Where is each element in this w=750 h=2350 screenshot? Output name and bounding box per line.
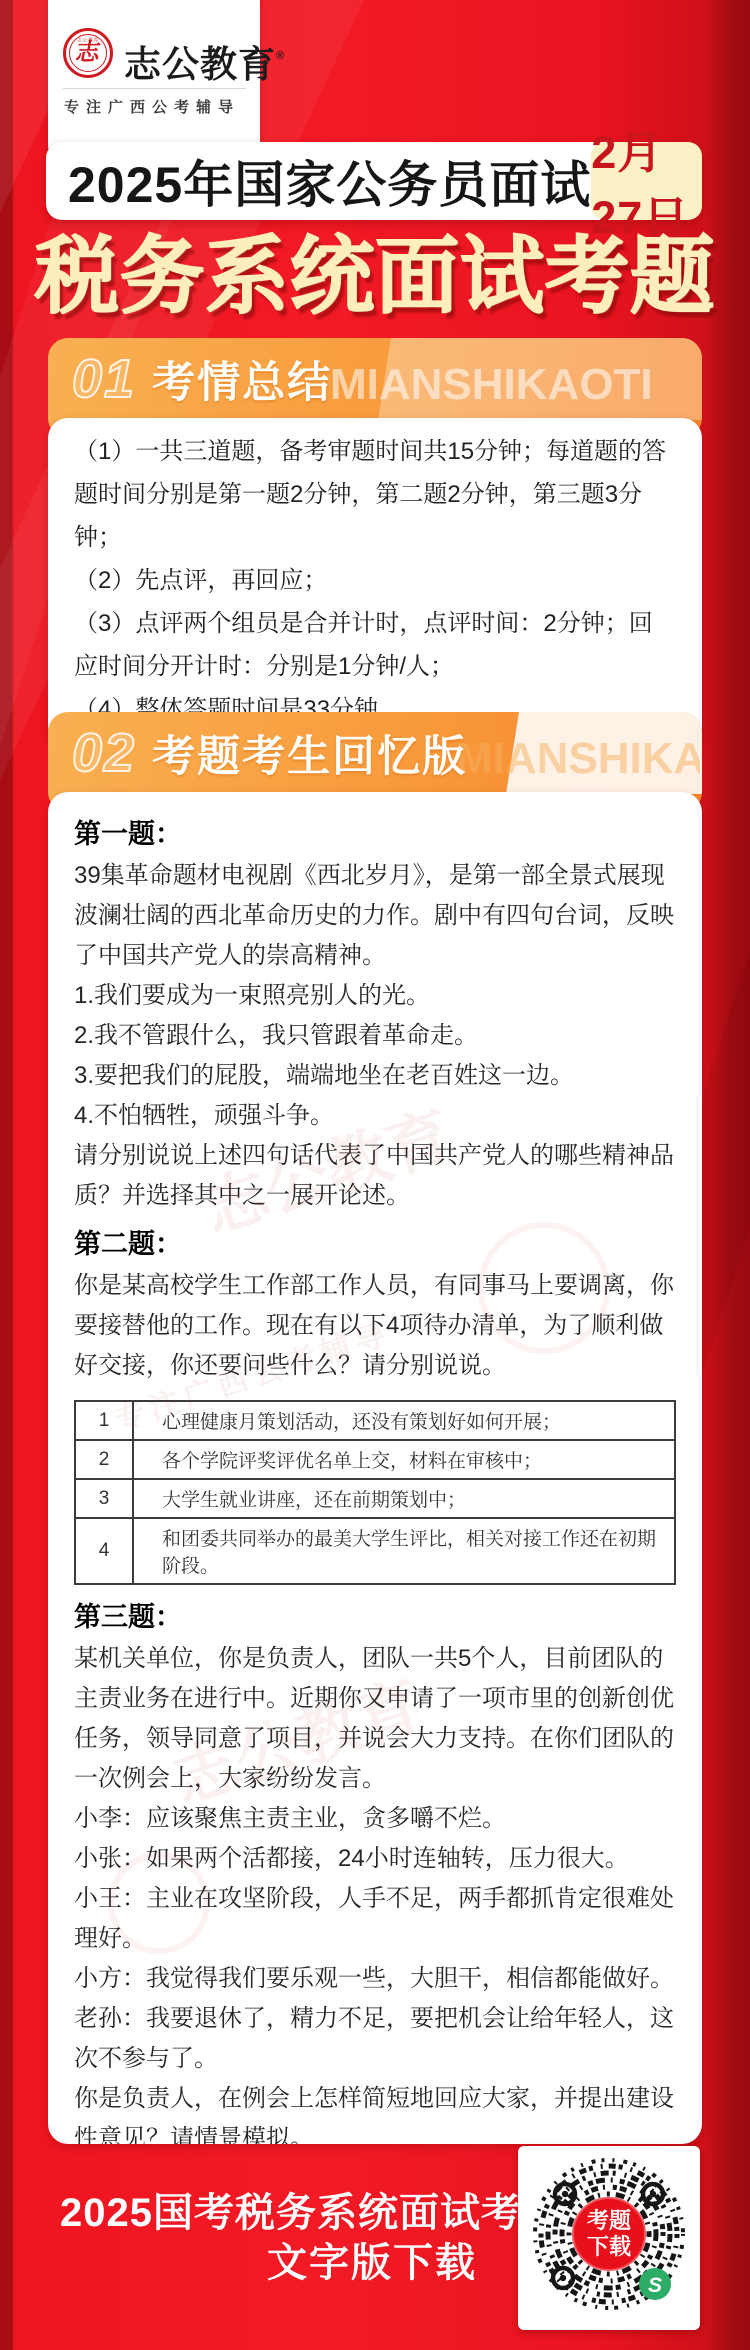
footer-caption-line1: 2025国考税务系统面试考题 bbox=[60, 2188, 477, 2238]
svg-text:S: S bbox=[648, 2274, 662, 2297]
section-2-header-row: 02 考题考生回忆版 bbox=[48, 712, 702, 794]
row-number: 3 bbox=[75, 1479, 133, 1518]
question-1-intro: 39集革命题材电视剧《西北岁月》，是第一部全景式展现波澜壮阔的西北革命历史的力作… bbox=[74, 856, 676, 976]
table-row: 2 各个学院评奖评优名单上交，材料在审核中； bbox=[75, 1440, 675, 1479]
question-1-quote: 4.不怕牺牲，顽强斗争。 bbox=[74, 1096, 676, 1136]
question-3-speech: 小李：应该聚焦主责主业，贪多嚼不烂。 bbox=[74, 1799, 676, 1839]
summary-item: （2）先点评，再回应； bbox=[74, 559, 676, 602]
question-3-speech: 老孙：我要退休了，精力不足，要把机会让给年轻人，这次不参与了。 bbox=[74, 1999, 676, 2079]
question-1-heading: 第一题： bbox=[74, 812, 676, 856]
poster-main-title: 税务系统面试考题 bbox=[0, 226, 750, 326]
question-1-quote: 1.我们要成为一束照亮别人的光。 bbox=[74, 976, 676, 1016]
table-row: 3 大学生就业讲座，还在前期策划中； bbox=[75, 1479, 675, 1518]
registered-mark: ® bbox=[276, 50, 285, 62]
summary-item: （3）点评两个组员是合并计时，点评时间：2分钟；回应时间分开计时：分别是1分钟/… bbox=[74, 602, 676, 688]
brand-name: 志公教育® bbox=[124, 34, 285, 88]
row-text: 大学生就业讲座，还在前期策划中； bbox=[133, 1479, 675, 1518]
qr-center-label-line1: 考题 bbox=[587, 2208, 631, 2233]
section-recalled-questions: MIANSHIKAOTI 02 考题考生回忆版 志公教育 专注广西公考辅导 志公… bbox=[48, 712, 702, 2144]
brand-name-text: 志公教育 bbox=[124, 44, 276, 85]
footer-download-caption: 2025国考税务系统面试考题 文字版下载 bbox=[60, 2188, 477, 2288]
qr-code-card[interactable]: 考题 下载 S bbox=[518, 2146, 700, 2330]
brand-seal-icon: 志公教育 志 bbox=[63, 28, 113, 78]
wechat-icon: S bbox=[639, 2268, 671, 2300]
section-1-title: 考情总结 bbox=[152, 349, 332, 410]
todo-list-table: 1 心理健康月策划活动，还没有策划好如何开展； 2 各个学院评奖评优名单上交，材… bbox=[74, 1400, 676, 1585]
question-1-quote: 3.要把我们的屁股，端端地坐在老百姓这一边。 bbox=[74, 1056, 676, 1096]
table-row: 1 心理健康月策划活动，还没有策划好如何开展； bbox=[75, 1401, 675, 1440]
section-2-title: 考题考生回忆版 bbox=[152, 723, 467, 784]
header-title: 2025年国家公务员面试 bbox=[46, 145, 591, 217]
row-number: 1 bbox=[75, 1401, 133, 1440]
footer-caption-line2: 文字版下载 bbox=[60, 2238, 477, 2288]
question-3-speech: 小方：我觉得我们要乐观一些，大胆干，相信都能做好。 bbox=[74, 1959, 676, 1999]
section-2-body: 志公教育 专注广西公考辅导 志公教育 第一题： 39集革命题材电视剧《西北岁月》… bbox=[48, 792, 702, 2144]
section-exam-summary: MIANSHIKAOTI 01 考情总结 （1）一共三道题，备考审题时间共15分… bbox=[48, 338, 702, 747]
question-3-heading: 第三题： bbox=[74, 1595, 676, 1639]
poster-page: 志公教育 志 志公教育® 专注广西公考辅导 2025年国家公务员面试 2月27日… bbox=[0, 0, 750, 2350]
logo-divider bbox=[63, 88, 246, 89]
header-title-bar: 2025年国家公务员面试 2月27日 bbox=[46, 142, 702, 220]
table-row: 4 和团委共同举办的最美大学生评比，相关对接工作还在初期阶段。 bbox=[75, 1518, 675, 1584]
watermark-seal bbox=[108, 1852, 210, 1954]
question-3-task: 你是负责人，在例会上怎样简短地回应大家，并提出建设性意见？请情景模拟。 bbox=[74, 2079, 676, 2144]
question-1-task: 请分别说说上述四句话代表了中国共产党人的哪些精神品质？并选择其中之一展开论述。 bbox=[74, 1136, 676, 1216]
section-1-body: （1）一共三道题，备考审题时间共15分钟；每道题的答题时间分别是第一题2分钟，第… bbox=[48, 418, 702, 747]
seal-character: 志 bbox=[63, 38, 112, 68]
section-1-number: 01 bbox=[72, 348, 136, 410]
question-3-intro: 某机关单位，你是负责人，团队一共5个人，目前团队的主责业务在进行中。近期你又申请… bbox=[74, 1639, 676, 1799]
row-text: 各个学院评奖评优名单上交，材料在审核中； bbox=[133, 1440, 675, 1479]
date-badge: 2月27日 bbox=[591, 142, 702, 220]
section-1-header-row: 01 考情总结 bbox=[48, 338, 702, 420]
row-text: 和团委共同举办的最美大学生评比，相关对接工作还在初期阶段。 bbox=[133, 1518, 675, 1584]
summary-item: （1）一共三道题，备考审题时间共15分钟；每道题的答题时间分别是第一题2分钟，第… bbox=[74, 430, 676, 559]
question-1-quote: 2.我不管跟什么，我只管跟着革命走。 bbox=[74, 1016, 676, 1056]
row-number: 2 bbox=[75, 1440, 133, 1479]
brand-tagline: 专注广西公考辅导 bbox=[64, 96, 240, 117]
row-number: 4 bbox=[75, 1518, 133, 1584]
watermark-seal bbox=[478, 1222, 610, 1354]
brand-logo-card: 志公教育 志 志公教育® 专注广西公考辅导 bbox=[48, 0, 260, 156]
qr-code: 考题 下载 S bbox=[527, 2154, 691, 2322]
qr-center-label-line2: 下载 bbox=[587, 2234, 631, 2259]
section-2-number: 02 bbox=[72, 722, 136, 784]
row-text: 心理健康月策划活动，还没有策划好如何开展； bbox=[133, 1401, 675, 1440]
